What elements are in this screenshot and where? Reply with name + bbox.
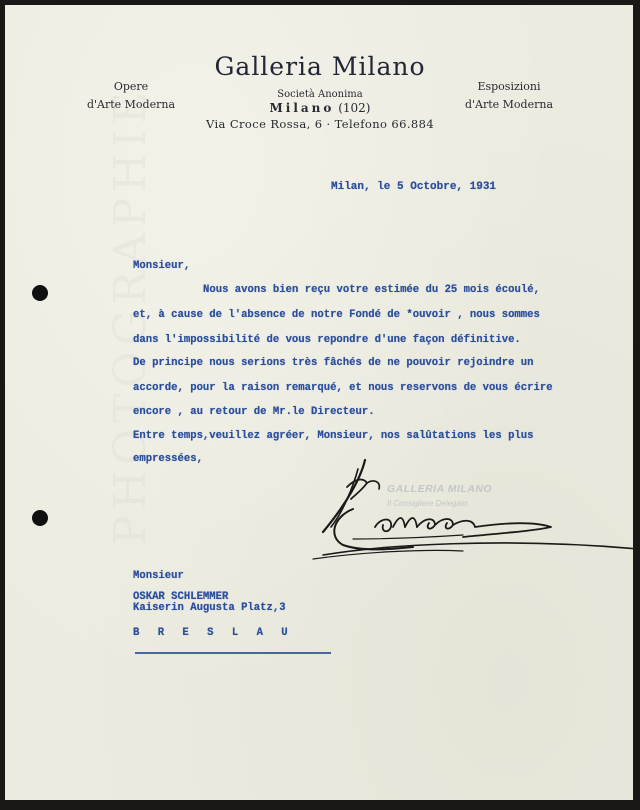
address-underline bbox=[135, 652, 331, 654]
body-line: et, à cause de l'absence de notre Fondé … bbox=[133, 309, 540, 321]
body-line: De principe nous serions très fâchés de … bbox=[133, 357, 534, 369]
letterhead-left: Opere d'Arte Moderna bbox=[71, 78, 191, 114]
letterhead-city-code: (102) bbox=[338, 101, 370, 115]
letter-salutation: Monsieur, bbox=[133, 260, 190, 272]
body-line: Nous avons bien reçu votre estimée du 25… bbox=[203, 284, 540, 296]
body-line: dans l'impossibilité de vous repondre d'… bbox=[133, 334, 521, 346]
letter-page: PHOTOGRAPHIE Opere d'Arte Moderna Galler… bbox=[5, 5, 633, 800]
letter-date: Milan, le 5 Octobre, 1931 bbox=[331, 181, 496, 193]
punch-hole-top bbox=[32, 285, 48, 301]
letterhead-address: Via Croce Rossa, 6 · Telefono 66.884 bbox=[175, 117, 465, 131]
body-line: Entre temps,veuillez agréer, Monsieur, n… bbox=[133, 430, 534, 442]
letterhead-city: Milano (102) bbox=[205, 101, 435, 115]
recipient-city: B R E S L A U bbox=[133, 627, 294, 639]
letterhead-left-line1: Opere bbox=[71, 78, 191, 96]
letterhead-right-line1: Esposizioni bbox=[445, 78, 573, 96]
letterhead-right: Esposizioni d'Arte Moderna bbox=[445, 78, 573, 114]
body-line: empressées, bbox=[133, 453, 203, 465]
letterhead-right-line2: d'Arte Moderna bbox=[445, 96, 573, 114]
handwritten-signature bbox=[303, 457, 633, 567]
body-line: encore , au retour de Mr.le Directeur. bbox=[133, 406, 375, 418]
recipient-label: Monsieur bbox=[133, 570, 184, 582]
paper-watermark: PHOTOGRAPHIE bbox=[105, 45, 155, 545]
letterhead-city-name: Milano bbox=[269, 101, 334, 115]
punch-hole-bottom bbox=[32, 510, 48, 526]
body-line: accorde, pour la raison remarqué, et nou… bbox=[133, 382, 553, 394]
letterhead-subtitle: Società Anonima bbox=[205, 89, 435, 100]
recipient-street: Kaiserin Augusta Platz,3 bbox=[133, 603, 286, 614]
letterhead-left-line2: d'Arte Moderna bbox=[71, 96, 191, 114]
letterhead-title: Galleria Milano bbox=[175, 52, 465, 81]
